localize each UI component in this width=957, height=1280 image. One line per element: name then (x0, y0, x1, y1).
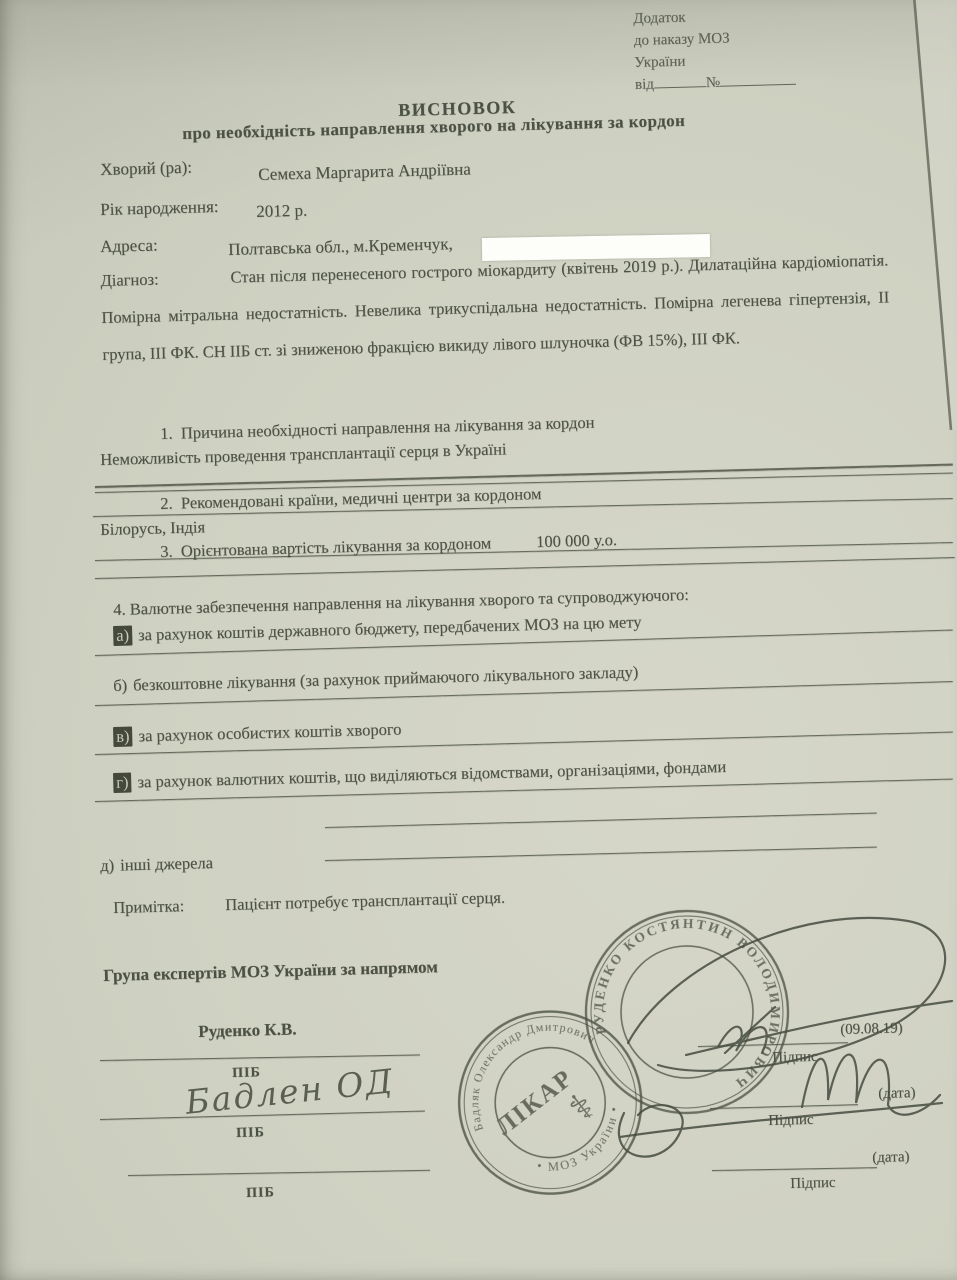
appendix-note: Додаток до наказу МОЗ України від№ (633, 4, 796, 96)
doctor-stamp-center-text: ЛІКАР (491, 1064, 578, 1141)
doctor-stamp: Бадляк Олександр Дмитрович • МОЗ України… (413, 966, 687, 1240)
address-label: Адреса: (100, 235, 158, 256)
svg-text:Бадляк Олександр Дмитрович: Бадляк Олександр Дмитрович (436, 988, 601, 1137)
birth-year-value: 2012 р. (256, 201, 308, 222)
podpis-label-2: Підпис (768, 1112, 814, 1130)
option-d-marker: д) (100, 856, 114, 875)
option-v-marker: в) (113, 726, 133, 746)
sign-rule-3 (712, 1167, 877, 1171)
expert-stamp: РУДЕНКО КОСТЯНТИН ВОЛОДИМИРОВИЧ (545, 870, 829, 1154)
signature-lower-loop (619, 1105, 683, 1156)
svg-text:РУДЕНКО КОСТЯНТИН ВОЛОДИМИРО: РУДЕНКО КОСТЯНТИН ВОЛОДИМИРОВИЧ (563, 887, 812, 1135)
sign-rule-2 (710, 1104, 858, 1109)
option-a-marker: а) (113, 626, 132, 646)
expert-stamp-outer-ring-2 (562, 887, 812, 1137)
signature-inner-squiggle (718, 1027, 767, 1053)
item-3-answer: 100 000 у.о. (536, 530, 617, 551)
rule-option-d (325, 847, 877, 861)
option-v: в)за рахунок особистих коштів хворого (113, 719, 402, 747)
podpis-label-3: Підпис (790, 1175, 836, 1193)
option-g-marker: г) (113, 773, 132, 793)
pib-label-2: ПІБ (236, 1125, 265, 1142)
note-text: Пацієнт потребує трансплантації серця. (225, 888, 505, 914)
number-blank (720, 72, 796, 87)
medical-caduceus-icon: ⚕ (561, 1085, 603, 1131)
rule-extra-blank (325, 813, 877, 828)
date-label-3: (дата) (872, 1149, 910, 1167)
pib-rule-1 (100, 1054, 420, 1061)
diagnosis-paragraph: Діагноз:Стан після перенесеного гострого… (100, 241, 891, 373)
date-value-1: (09.08.19) (840, 1020, 903, 1039)
doctor-stamp-outer-ring-2 (429, 982, 670, 1223)
signature-big-loop (628, 918, 945, 1071)
sign-rule-1 (698, 1042, 848, 1047)
expert-stamp-ring-name: РУДЕНКО КОСТЯНТИН ВОЛОДИМИРОВИЧ (563, 887, 812, 1135)
item-1-num: 1. (160, 424, 173, 443)
from-blank (654, 74, 706, 88)
appendix-note-ref-line: від№ (635, 70, 797, 96)
birth-year-label: Рік народження: (100, 197, 219, 220)
option-b-marker: б) (113, 676, 127, 695)
scanned-document: Додаток до наказу МОЗ України від№ ВИСНО… (0, 0, 957, 1280)
option-d: д)інші джерела (100, 853, 213, 876)
diagnosis-label: Діагноз: (100, 259, 231, 299)
item-2-num: 2. (160, 494, 173, 513)
doctor-stamp-outer-ring (422, 975, 677, 1230)
podpis-label-1: Підпис (772, 1049, 818, 1067)
expert-stamp-inner-ring (601, 926, 773, 1098)
item-1-title: 1. Причина необхідності направлення на л… (160, 413, 595, 444)
doctor-stamp-ring-org: • МОЗ України • (530, 1098, 636, 1191)
number-label: № (706, 75, 721, 91)
pib-rule-3 (128, 1170, 430, 1176)
option-b: б)безкоштовне лікування (за рахунок прий… (113, 662, 639, 696)
doctor-stamp-inner-ring (473, 1025, 627, 1179)
expert-1-name: Руденко К.В. (198, 1019, 297, 1042)
note-label: Примітка: (113, 895, 225, 918)
doctor-stamp-ring-name: Бадляк Олександр Дмитрович (436, 988, 601, 1137)
note-row: Примітка:Пацієнт потребує трансплантації… (113, 888, 505, 918)
experts-heading: Група експертів МОЗ України за напрямом (103, 957, 438, 986)
expert-stamp-outer-ring (556, 881, 819, 1144)
svg-text:• МОЗ України •: • МОЗ України • (530, 1098, 636, 1191)
paper-edge-background (916, 0, 957, 430)
signature-cross-stroke (686, 1001, 952, 1055)
from-label: від (635, 76, 654, 92)
item-2-answer: Білорусь, Індія (100, 517, 205, 540)
paper-edge-line (914, 0, 951, 430)
date-label-2: (дата) (878, 1085, 916, 1103)
pib-label-3: ПІБ (246, 1185, 275, 1202)
patient-name-label: Хворий (ра): (100, 158, 192, 180)
patient-name-value: Семеха Маргарита Андріївна (258, 159, 471, 185)
